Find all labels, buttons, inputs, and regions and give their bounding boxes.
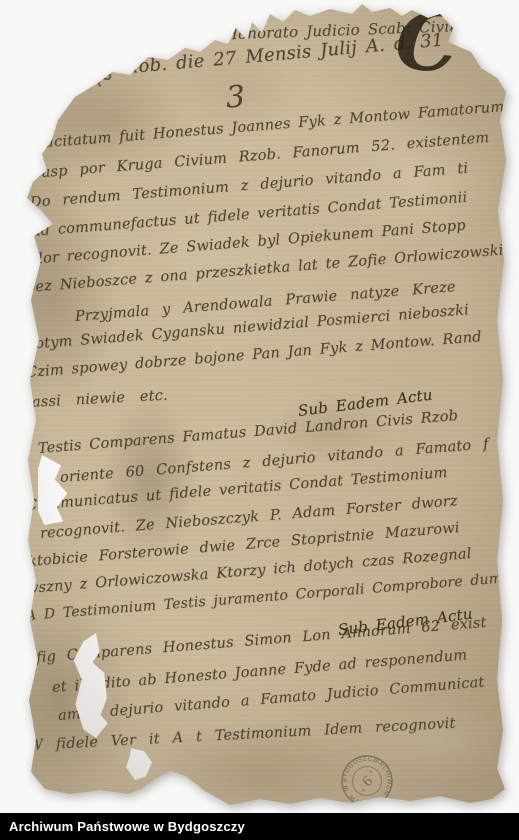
round-archive-stamp: ARCHIWUM • PAŃSTW. W BYDGOSZCZY • 6 (327, 741, 408, 822)
page-number: 3 (225, 79, 246, 115)
paper-hole (126, 748, 152, 780)
manuscript-paper: in foram Honorato Judicio Scab: Civit Gł… (0, 0, 519, 840)
scanned-document-page: in foram Honorato Judicio Scab: Civit Gł… (0, 0, 519, 840)
initial-letter: C (392, 3, 463, 81)
watermark-bar: Archiwum Państwowe w Bydgoszczy (0, 813, 519, 840)
manuscript-line: tassi niewie etc. (26, 388, 169, 411)
paper-shadow-wrap: in foram Honorato Judicio Scab: Civit Gł… (0, 0, 519, 840)
paraph-flourish-icon (83, 44, 123, 96)
stamp-center-text: 6 (360, 774, 377, 790)
watermark-label: Archiwum Państwowe w Bydgoszczy (0, 819, 245, 834)
paper-hole (38, 455, 80, 525)
